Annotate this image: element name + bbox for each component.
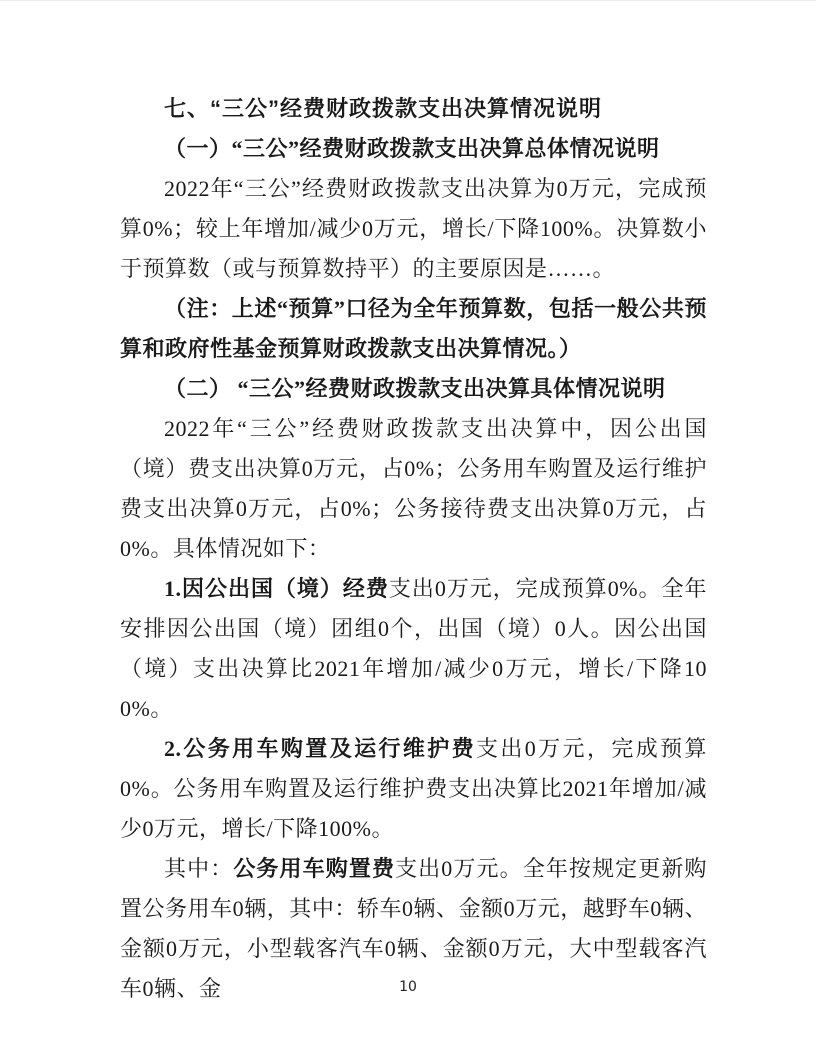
section-7-heading: 七、“三公”经费财政拨款支出决算情况说明: [120, 89, 707, 129]
paragraph-detail-intro: 2022年“三公”经费财政拨款支出决算中，因公出国（境）费支出决算0万元，占0%…: [120, 409, 707, 569]
document-body: 七、“三公”经费财政拨款支出决算情况说明 （一）“三公”经费财政拨款支出决算总体…: [120, 89, 707, 1009]
item3-prefix-text: 其中：: [164, 856, 233, 881]
subsection-1-heading: （一）“三公”经费财政拨款支出决算总体情况说明: [120, 129, 707, 169]
paragraph-item2-vehicle-expenses: 2.公务用车购置及运行维护费支出0万元，完成预算0%。公务用车购置及运行维护费支…: [120, 729, 707, 849]
item1-lead-bold: 1.因公出国（境）经费: [164, 576, 389, 601]
subsection-2-heading: （二） “三公”经费财政拨款支出决算具体情况说明: [120, 369, 707, 409]
note-paragraph: （注：上述“预算”口径为全年预算数，包括一般公共预算和政府性基金预算财政拨款支出…: [120, 289, 707, 369]
item3-lead-bold: 公务用车购置费: [233, 856, 395, 881]
paragraph-item1-abroad-expenses: 1.因公出国（境）经费支出0万元，完成预算0%。全年安排因公出国（境）团组0个，…: [120, 569, 707, 729]
item2-lead-bold: 2.公务用车购置及运行维护费: [164, 736, 476, 761]
document-page: 七、“三公”经费财政拨款支出决算情况说明 （一）“三公”经费财政拨款支出决算总体…: [0, 0, 816, 1056]
page-number: 10: [0, 979, 816, 995]
paragraph-overall-situation: 2022年“三公”经费财政拨款支出决算为0万元，完成预算0%；较上年增加/减少0…: [120, 169, 707, 289]
